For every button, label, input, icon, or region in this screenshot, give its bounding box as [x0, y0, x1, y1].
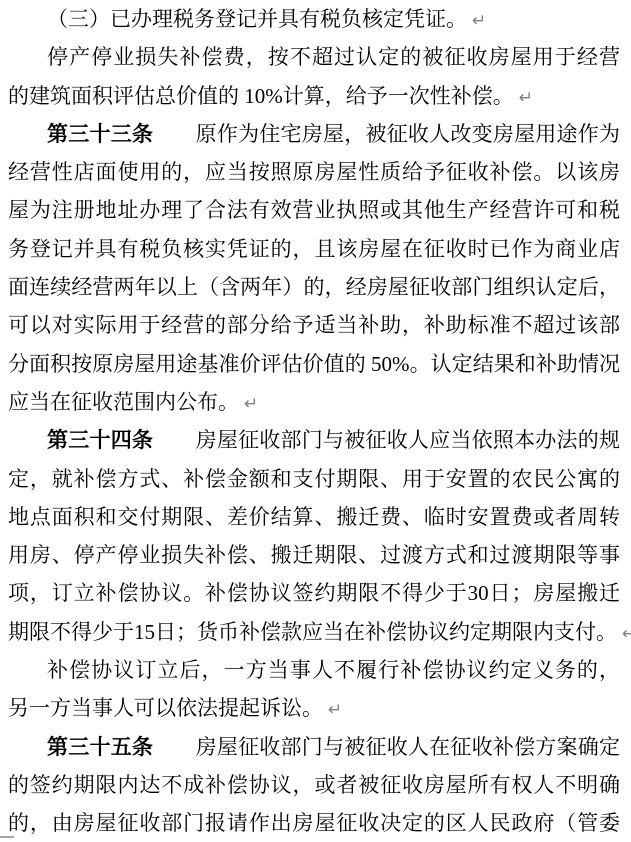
text-line: 用房、停产停业损失补偿、搬迁期限、过渡方式和过渡期限等事 — [8, 536, 620, 574]
text-line: 可以对实际用于经营的部分给予适当补助，补助标准不超过该部 — [8, 306, 620, 344]
line-text: 停产停业损失补偿费，按不超过认定的被征收房屋用于经营 — [47, 45, 620, 69]
text-line: 屋为注册地址办理了合法有效营业执照或其他生产经营许可和税 — [8, 191, 620, 229]
text-line: 第三十五条 房屋征收部门与被征收人在征收补偿方案确定 — [8, 728, 620, 766]
text-line: （三）已办理税务登记并具有税负核定凭证。↵ — [8, 0, 620, 38]
text-line: 补偿协议订立后，一方当事人不履行补偿协议约定义务的， — [8, 651, 620, 689]
line-text: 房屋征收部门与被征收人在征收补偿方案确定 — [153, 735, 620, 759]
line-text: （三）已办理税务登记并具有税负核定凭证。 — [47, 7, 467, 31]
line-text: 面连续经营两年以上（含两年）的，经房屋征收部门组织认定后， — [8, 275, 620, 299]
line-text: 可以对实际用于经营的部分给予适当补助，补助标准不超过该部 — [8, 313, 620, 337]
line-text: 屋为注册地址办理了合法有效营业执照或其他生产经营许可和税 — [8, 198, 620, 222]
bottom-left-gray-line — [0, 836, 14, 838]
line-text: 房屋征收部门与被征收人应当依照本办法的规 — [153, 428, 620, 452]
text-line: 面连续经营两年以上（含两年）的，经房屋征收部门组织认定后， — [8, 268, 620, 306]
text-line: 另一方当事人可以依法提起诉讼。↵ — [8, 689, 620, 727]
document-body: （三）已办理税务登记并具有税负核定凭证。↵ 停产停业损失补偿费，按不超过认定的被… — [0, 0, 631, 842]
line-text: 项，订立补偿协议。补偿协议签约期限不得少于30日；房屋搬迁 — [8, 581, 620, 605]
article-number: 第三十四条 — [47, 428, 153, 452]
text-line: 务登记并具有税负核实凭证的，且该房屋在征收时已作为商业店 — [8, 230, 620, 268]
line-text: 期限不得少于15日；货币补偿款应当在补偿协议约定期限内支付。 — [8, 620, 617, 644]
text-line: 第三十四条 房屋征收部门与被征收人应当依照本办法的规 — [8, 421, 620, 459]
line-text: 经营性店面使用的，应当按照原房屋性质给予征收补偿。以该房 — [8, 160, 620, 184]
line-text: 的建筑面积评估总价值的 10%计算，给予一次性补偿。 — [8, 84, 514, 108]
line-text: 补偿协议订立后，一方当事人不履行补偿协议约定义务的， — [47, 658, 620, 682]
text-line: 的签约期限内达不成补偿协议，或者被征收房屋所有权人不明确 — [8, 766, 620, 804]
text-line: 停产停业损失补偿费，按不超过认定的被征收房屋用于经营 — [8, 38, 620, 76]
paragraph-mark-icon: ↵ — [244, 394, 258, 414]
paragraph-mark-icon: ↵ — [328, 700, 342, 720]
line-text: 分面积按原房屋用途基准价评估价值的 50%。认定结果和补助情况 — [8, 352, 620, 376]
text-line: 的建筑面积评估总价值的 10%计算，给予一次性补偿。↵ — [8, 77, 620, 115]
text-line: 第三十三条 原作为住宅房屋，被征收人改变房屋用途作为 — [8, 115, 620, 153]
line-text: 用房、停产停业损失补偿、搬迁期限、过渡方式和过渡期限等事 — [8, 543, 620, 567]
line-text: 原作为住宅房屋，被征收人改变房屋用途作为 — [153, 122, 620, 146]
text-line: 地点面积和交付期限、差价结算、搬迁费、临时安置费或者周转 — [8, 498, 620, 536]
text-line: 的，由房屋征收部门报请作出房屋征收决定的区人民政府（管委 — [8, 804, 620, 842]
text-line: 应当在征收范围内公布。↵ — [8, 383, 620, 421]
article-number: 第三十三条 — [47, 122, 153, 146]
line-text: 务登记并具有税负核实凭证的，且该房屋在征收时已作为商业店 — [8, 237, 620, 261]
text-line: 定，就补偿方式、补偿金额和支付期限、用于安置的农民公寓的 — [8, 460, 620, 498]
text-line: 期限不得少于15日；货币补偿款应当在补偿协议约定期限内支付。↵ — [8, 613, 620, 651]
line-text: 的，由房屋征收部门报请作出房屋征收决定的区人民政府（管委 — [8, 811, 620, 835]
document-page: （三）已办理税务登记并具有税负核定凭证。↵ 停产停业损失补偿费，按不超过认定的被… — [0, 0, 631, 842]
line-text: 地点面积和交付期限、差价结算、搬迁费、临时安置费或者周转 — [8, 505, 620, 529]
line-text: 另一方当事人可以依法提起诉讼。 — [8, 696, 323, 720]
text-line: 经营性店面使用的，应当按照原房屋性质给予征收补偿。以该房 — [8, 153, 620, 191]
article-number: 第三十五条 — [47, 735, 153, 759]
text-line: 项，订立补偿协议。补偿协议签约期限不得少于30日；房屋搬迁 — [8, 574, 620, 612]
paragraph-mark-icon: ↵ — [622, 624, 631, 644]
paragraph-mark-icon: ↵ — [472, 11, 486, 31]
line-text: 定，就补偿方式、补偿金额和支付期限、用于安置的农民公寓的 — [8, 467, 620, 491]
text-line: 分面积按原房屋用途基准价评估价值的 50%。认定结果和补助情况 — [8, 345, 620, 383]
line-text: 应当在征收范围内公布。 — [8, 390, 239, 414]
line-text: 的签约期限内达不成补偿协议，或者被征收房屋所有权人不明确 — [8, 773, 620, 797]
paragraph-mark-icon: ↵ — [519, 88, 533, 108]
